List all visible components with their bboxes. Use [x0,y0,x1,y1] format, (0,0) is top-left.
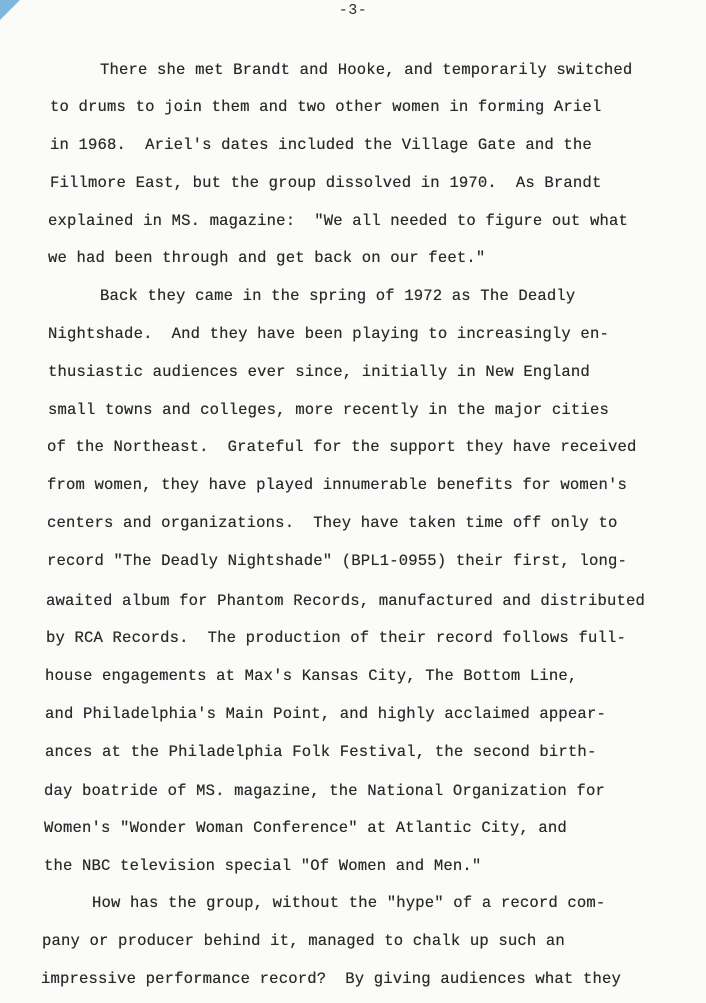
text-line: ances at the Philadelphia Folk Festival,… [45,742,596,762]
text-line: impressive performance record? By giving… [41,969,621,989]
text-line: day boatride of MS. magazine, the Nation… [44,781,605,801]
page-number: -3- [0,2,706,19]
text-line: record "The Deadly Nightshade" (BPL1-095… [47,551,627,571]
text-line: in 1968. Ariel's dates included the Vill… [50,135,592,155]
text-line: from women, they have played innumerable… [47,475,627,495]
text-line: How has the group, without the "hype" of… [92,893,605,913]
text-line: of the Northeast. Grateful for the suppo… [47,437,636,457]
text-line: small towns and colleges, more recently … [48,400,609,420]
text-line: and Philadelphia's Main Point, and highl… [45,704,606,724]
text-line: house engagements at Max's Kansas City, … [45,666,577,686]
text-line: Fillmore East, but the group dissolved i… [50,173,601,193]
text-line: the NBC television special "Of Women and… [44,856,481,876]
text-line: centers and organizations. They have tak… [47,513,617,533]
text-line: explained in MS. magazine: "We all neede… [48,211,628,231]
text-line: Nightshade. And they have been playing t… [48,324,609,344]
text-line: awaited album for Phantom Records, manuf… [46,591,645,611]
text-line: pany or producer behind it, managed to c… [42,931,565,951]
text-line: we had been through and get back on our … [48,248,485,268]
text-line: by RCA Records. The production of their … [46,628,626,648]
text-line: to drums to join them and two other wome… [50,97,601,117]
text-line: Back they came in the spring of 1972 as … [100,286,575,306]
text-line: Women's "Wonder Woman Conference" at Atl… [44,818,567,838]
text-line: thusiastic audiences ever since, initial… [48,362,590,382]
text-line: There she met Brandt and Hooke, and temp… [100,60,632,80]
